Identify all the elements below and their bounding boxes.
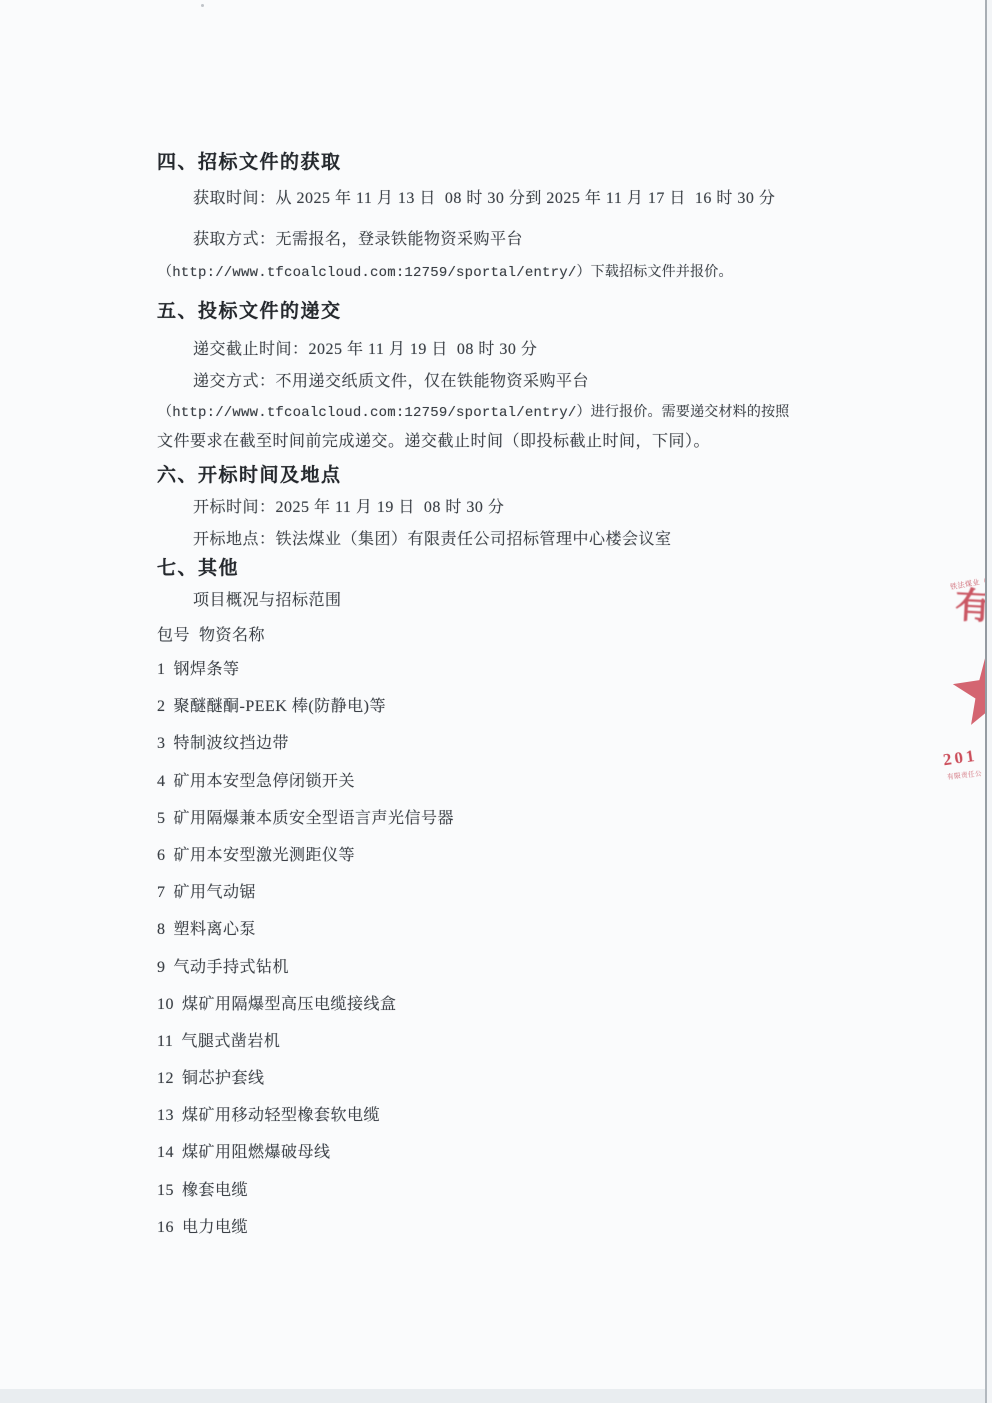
section-6-heading: 六、开标时间及地点 [157, 460, 342, 487]
list-item: 2聚醚醚酮-PEEK 棒(防静电)等 [157, 688, 454, 725]
item-number: 14 [157, 1134, 174, 1171]
item-number: 8 [157, 911, 166, 948]
list-item: 7矿用气动锯 [157, 874, 454, 911]
item-number: 9 [157, 949, 166, 986]
stamp-arc-text: 铁法煤业（ [949, 576, 986, 592]
item-number: 2 [157, 688, 166, 725]
item-name: 气动手持式钻机 [174, 959, 290, 976]
goods-list: 1钢焊条等 2聚醚醚酮-PEEK 棒(防静电)等 3特制波纹挡边带 4矿用本安型… [157, 651, 454, 1246]
item-name: 煤矿用隔爆型高压电缆接线盒 [182, 996, 397, 1013]
item-number: 15 [157, 1172, 174, 1209]
submit-note-line: 文件要求在截至时间前完成递交。递交截止时间（即投标截止时间，下同）。 [157, 428, 710, 451]
list-item: 5矿用隔爆兼本质安全型语言声光信号器 [157, 800, 454, 837]
list-item: 4矿用本安型急停闭锁开关 [157, 763, 454, 800]
scan-speck [201, 4, 204, 7]
item-name: 特制波纹挡边带 [174, 735, 290, 752]
item-name: 钢焊条等 [174, 661, 240, 678]
list-item: 12铜芯护套线 [157, 1060, 454, 1097]
submit-url-line: （http://www.tfcoalcloud.com:12759/sporta… [158, 401, 789, 421]
submit-method-line: 递交方式：不用递交纸质文件，仅在铁能物资采购平台 [193, 368, 589, 391]
item-number: 11 [157, 1023, 173, 1060]
item-number: 13 [157, 1097, 174, 1134]
item-number: 3 [157, 725, 166, 762]
list-item: 3特制波纹挡边带 [157, 725, 454, 762]
item-name: 聚醚醚酮-PEEK 棒(防静电)等 [174, 698, 387, 715]
item-number: 7 [157, 874, 166, 911]
obtain-method-line: 获取方式：无需报名，登录铁能物资采购平台 [193, 226, 523, 249]
item-number: 1 [157, 651, 166, 688]
stamp-star-icon [948, 650, 986, 734]
list-item: 14煤矿用阻燃爆破母线 [157, 1134, 454, 1171]
section-4-heading: 四、招标文件的获取 [157, 147, 342, 174]
scanned-tender-document-page: 四、招标文件的获取 获取时间：从 2025 年 11 月 13 日 08 时 3… [0, 0, 992, 1403]
obtain-url-line: （http://www.tfcoalcloud.com:12759/sporta… [158, 261, 733, 281]
item-name: 橡套电缆 [182, 1182, 248, 1199]
goods-list-header: 包号 物资名称 [157, 622, 265, 645]
list-item: 8塑料离心泵 [157, 911, 454, 948]
item-name: 电力电缆 [182, 1219, 248, 1236]
item-name: 矿用本安型激光测距仪等 [174, 847, 356, 864]
list-item: 15橡套电缆 [157, 1172, 454, 1209]
obtain-time-line: 获取时间：从 2025 年 11 月 13 日 08 时 30 分到 2025 … [193, 185, 775, 208]
item-number: 12 [157, 1060, 174, 1097]
item-name: 煤矿用移动轻型橡套软电缆 [182, 1107, 380, 1124]
item-name: 气腿式凿岩机 [181, 1033, 280, 1050]
stamp-bottom-text: 有限责任公 [947, 768, 983, 781]
item-number: 16 [157, 1209, 174, 1246]
item-number: 5 [157, 800, 166, 837]
item-number: 10 [157, 986, 174, 1023]
item-name: 矿用隔爆兼本质安全型语言声光信号器 [174, 810, 455, 827]
item-name: 煤矿用阻燃爆破母线 [182, 1144, 331, 1161]
section-5-heading: 五、投标文件的递交 [157, 296, 342, 323]
stamp-year-text: 201 [942, 746, 979, 771]
item-name: 铜芯护套线 [182, 1070, 265, 1087]
list-item: 16电力电缆 [157, 1209, 454, 1246]
submit-deadline-line: 递交截止时间：2025 年 11 月 19 日 08 时 30 分 [193, 336, 537, 359]
item-number: 6 [157, 837, 166, 874]
section-7-heading: 七、其他 [157, 553, 239, 580]
list-item: 6矿用本安型激光测距仪等 [157, 837, 454, 874]
list-item: 10煤矿用隔爆型高压电缆接线盒 [157, 986, 454, 1023]
scan-bottom-edge [0, 1389, 985, 1403]
list-item: 9气动手持式钻机 [157, 949, 454, 986]
list-item: 11气腿式凿岩机 [157, 1023, 454, 1060]
item-name: 塑料离心泵 [174, 921, 257, 938]
project-scope-line: 项目概况与招标范围 [193, 587, 342, 610]
stamp-main-characters: 有限 [954, 586, 986, 629]
list-item: 1钢焊条等 [157, 651, 454, 688]
item-name: 矿用气动锯 [174, 884, 257, 901]
opening-place-line: 开标地点：铁法煤业（集团）有限责任公司招标管理中心楼会议室 [193, 526, 672, 549]
opening-time-line: 开标时间：2025 年 11 月 19 日 08 时 30 分 [193, 494, 504, 517]
list-item: 13煤矿用移动轻型橡套软电缆 [157, 1097, 454, 1134]
red-seal-stamp: 铁法煤业（ 有限 201 有限责任公 [0, 0, 986, 1403]
item-number: 4 [157, 763, 166, 800]
item-name: 矿用本安型急停闭锁开关 [174, 773, 356, 790]
scan-right-margin [987, 0, 992, 1403]
